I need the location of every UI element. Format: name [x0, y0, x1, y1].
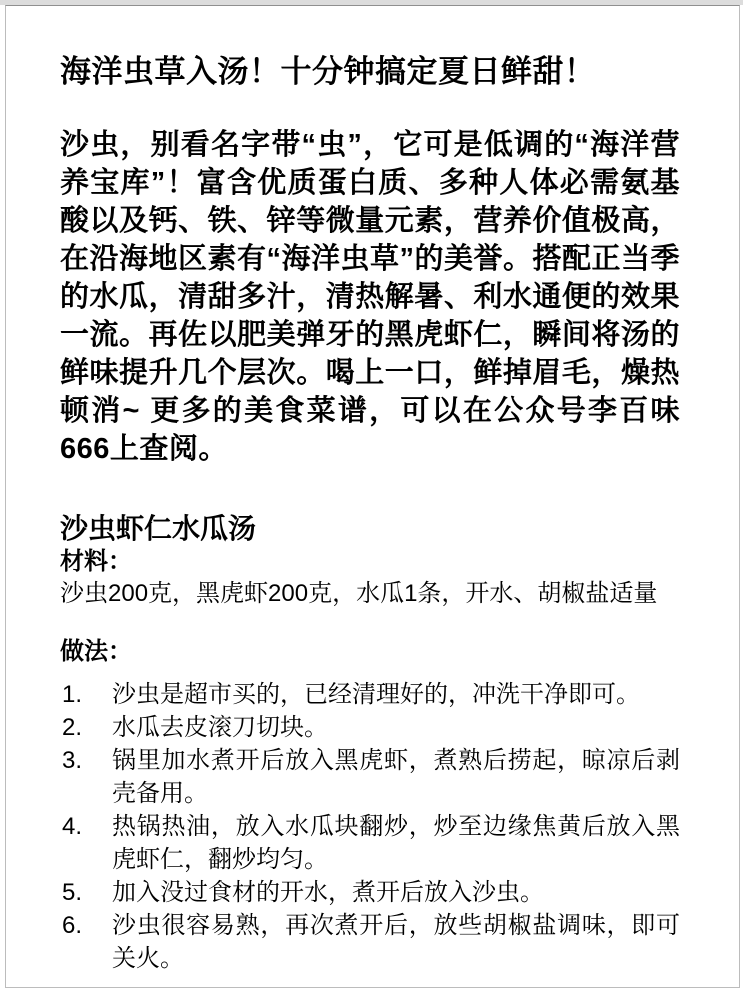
- step-text: 沙虫是超市买的，已经清理好的，冲洗干净即可。: [112, 678, 680, 711]
- step-item: 5. 加入没过食材的开水，煮开后放入沙虫。: [60, 876, 680, 909]
- step-item: 6. 沙虫很容易熟，再次煮开后，放些胡椒盐调味，即可关火。: [60, 909, 680, 975]
- step-text: 加入没过食材的开水，煮开后放入沙虫。: [112, 876, 680, 909]
- step-number: 5.: [62, 876, 112, 909]
- step-number: 6.: [62, 909, 112, 975]
- document-page: { "article": { "title": "海洋虫草入汤！十分钟搞定夏日鲜…: [0, 0, 743, 991]
- step-text: 锅里加水煮开后放入黑虎虾，煮熟后捞起，晾凉后剥壳备用。: [112, 744, 680, 810]
- step-item: 1. 沙虫是超市买的，已经清理好的，冲洗干净即可。: [60, 678, 680, 711]
- ingredients-label: 材料：: [60, 546, 680, 578]
- steps-list: 1. 沙虫是超市买的，已经清理好的，冲洗干净即可。 2. 水瓜去皮滚刀切块。 3…: [60, 678, 680, 975]
- step-number: 3.: [62, 744, 112, 810]
- ingredients-text: 沙虫200克，黑虎虾200克，水瓜1条，开水、胡椒盐适量: [60, 578, 680, 610]
- step-item: 3. 锅里加水煮开后放入黑虎虾，煮熟后捞起，晾凉后剥壳备用。: [60, 744, 680, 810]
- step-number: 4.: [62, 810, 112, 876]
- step-text: 热锅热油，放入水瓜块翻炒，炒至边缘焦黄后放入黑虎虾仁，翻炒均匀。: [112, 810, 680, 876]
- article-title: 海洋虫草入汤！十分钟搞定夏日鲜甜！: [60, 52, 680, 92]
- step-text: 沙虫很容易熟，再次煮开后，放些胡椒盐调味，即可关火。: [112, 909, 680, 975]
- recipe-name: 沙虫虾仁水瓜汤: [60, 512, 680, 546]
- step-text: 水瓜去皮滚刀切块。: [112, 711, 680, 744]
- step-item: 2. 水瓜去皮滚刀切块。: [60, 711, 680, 744]
- intro-paragraph: 沙虫，别看名字带“虫”，它可是低调的“海洋营养宝库”！富含优质蛋白质、多种人体必…: [60, 126, 680, 468]
- step-item: 4. 热锅热油，放入水瓜块翻炒，炒至边缘焦黄后放入黑虎虾仁，翻炒均匀。: [60, 810, 680, 876]
- step-number: 2.: [62, 711, 112, 744]
- page-content: 海洋虫草入汤！十分钟搞定夏日鲜甜！ 沙虫，别看名字带“虫”，它可是低调的“海洋营…: [60, 0, 680, 975]
- step-number: 1.: [62, 678, 112, 711]
- steps-label: 做法：: [60, 636, 680, 668]
